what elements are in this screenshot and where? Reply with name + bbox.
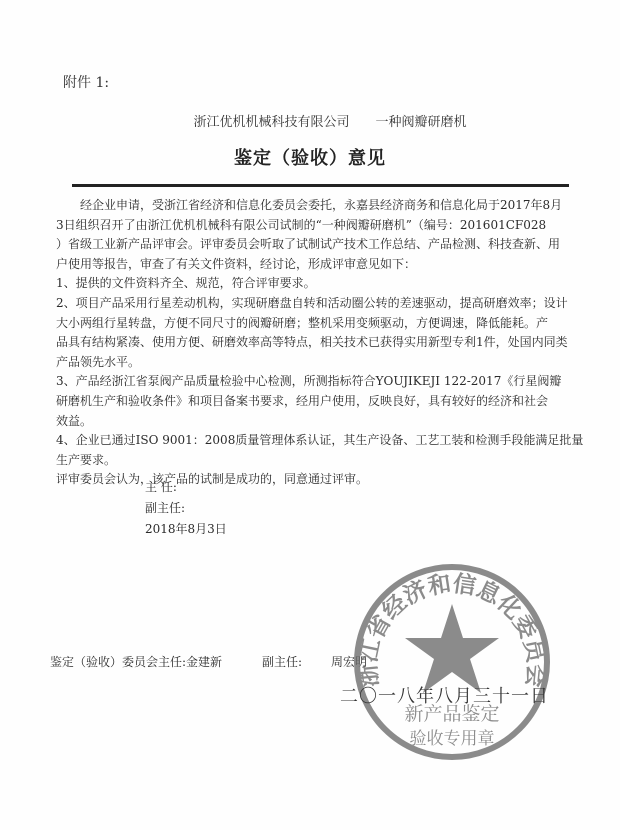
document-title: 鉴定（验收）意见	[0, 144, 620, 170]
director-label: 主 任:	[145, 478, 177, 495]
company-name: 浙江优机机械科技有限公司	[193, 115, 349, 130]
conclusion-line: 评审委员会认为，该产品的试制是成功的，同意通过评审。	[56, 470, 576, 490]
opinion-item-1: 1、提供的文件资料齐全、规范，符合评审要求。	[56, 274, 576, 294]
intro-line: ）省级工业新产品评审会。评审委员会听取了试制试产技术工作总结、产品检测、科技查新…	[56, 235, 576, 255]
intro-line: 户使用等报告，审查了有关文件资料，经讨论，形成评审意见如下：	[56, 255, 576, 275]
item-line: 产品领先水平。	[56, 353, 576, 373]
item-line: 效益。	[56, 412, 576, 432]
opinion-item-2: 2、项目产品采用行星差动机构，实现研磨盘自转和活动圈公转的差速驱动，提高研磨效率…	[56, 294, 576, 372]
signature-date: 2018年8月3日	[145, 520, 227, 537]
deputy-director-label: 副主任:	[145, 499, 185, 516]
item-line: 研磨机生产和验收条件》和项目备案书要求，经用户使用，反映良好，具有较好的经济和社…	[56, 392, 576, 412]
official-seal-stamp: 浙江省经济和信息化委员会 新产品鉴定 验收专用章	[352, 562, 552, 762]
opinion-item-4: 4、企业已通过ISO 9001：2008质量管理体系认证，其生产设备、工艺工装和…	[56, 431, 576, 470]
item-line: 品具有结构紧凑、使用方便、研磨效率高等特点，相关技术已获得实用新型专利1件，处国…	[56, 333, 576, 353]
item-line: 3、产品经浙江省泵阀产品质量检验中心检测，所测指标符合YOUJIKEJI 122…	[56, 372, 576, 392]
item-line: 1、提供的文件资料齐全、规范，符合评审要求。	[56, 274, 576, 294]
title-divider	[72, 184, 569, 187]
item-line: 生产要求。	[56, 451, 576, 471]
star-icon	[405, 604, 499, 693]
intro-line: 3日组织召开了由浙江优机机械科有限公司试制的“一种阀瓣研磨机”（编号：20160…	[56, 216, 576, 236]
approval-date-chinese: 二〇一八年八月三十一日	[340, 682, 549, 708]
attachment-label: 附件 1:	[63, 72, 109, 92]
document-subtitle: 浙江优机机械科技有限公司一种阀瓣研磨机	[0, 111, 620, 130]
opinion-item-3: 3、产品经浙江省泵阀产品质量检验中心检测，所测指标符合YOUJIKEJI 122…	[56, 372, 576, 431]
conclusion: 评审委员会认为，该产品的试制是成功的，同意通过评审。	[56, 470, 576, 490]
item-line: 大小两组行星转盘，方便不同尺寸的阀瓣研磨；整机采用变频驱动，方便调速，降低能耗。…	[56, 314, 576, 334]
committee-director: 鉴定（验收）委员会主任:金建新	[50, 653, 222, 670]
intro-paragraph: 经企业申请，受浙江省经济和信息化委员会委托，永嘉县经济商务和信息化局于2017年…	[56, 196, 576, 274]
intro-line: 经企业申请，受浙江省经济和信息化委员会委托，永嘉县经济商务和信息化局于2017年…	[56, 196, 576, 216]
document-body: 经企业申请，受浙江省经济和信息化委员会委托，永嘉县经济商务和信息化局于2017年…	[56, 196, 576, 490]
item-line: 4、企业已通过ISO 9001：2008质量管理体系认证，其生产设备、工艺工装和…	[56, 431, 576, 451]
committee-director-name: 金建新	[186, 655, 222, 669]
committee-deputy-label: 副主任:	[262, 653, 302, 670]
committee-director-label: 鉴定（验收）委员会主任:	[50, 655, 186, 669]
item-line: 2、项目产品采用行星差动机构，实现研磨盘自转和活动圈公转的差速驱动，提高研磨效率…	[56, 294, 576, 314]
product-name: 一种阀瓣研磨机	[376, 115, 467, 130]
seal-inner-text-2: 验收专用章	[410, 728, 495, 749]
